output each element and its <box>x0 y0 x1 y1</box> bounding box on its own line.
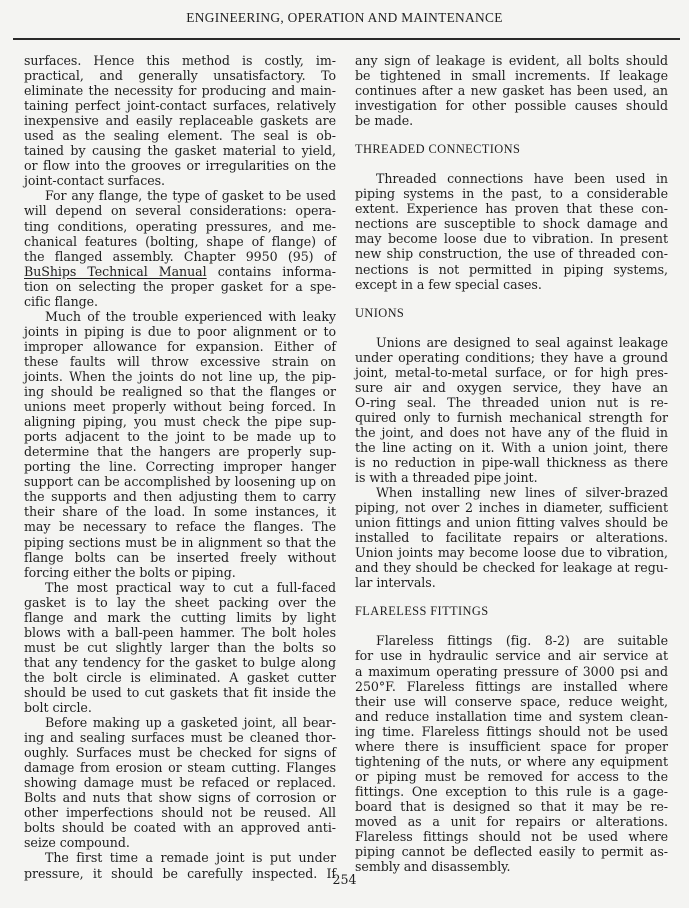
running-header: ENGINEERING, OPERATION AND MAINTENANCE <box>0 10 689 26</box>
text-line: that any tendency for the gasket to bulg… <box>24 655 336 670</box>
text-line: flange and mark the cutting limits by li… <box>24 610 336 625</box>
text-line: any sign of leakage is evident, all bolt… <box>355 53 668 68</box>
text-line: may become loose due to vibration. In pr… <box>355 231 668 246</box>
text-line: will depend on several considerations: o… <box>24 203 336 218</box>
text-line: practical, and generally unsatisfactory.… <box>24 68 336 83</box>
text-line: chanical features (bolting, shape of fla… <box>24 234 336 249</box>
text-line: inexpensive and easily replaceable gaske… <box>24 113 336 128</box>
text-line: unions meet properly without being force… <box>24 399 336 414</box>
text-line: tion on selecting the proper gasket for … <box>24 279 336 294</box>
text-line: installed to facilitate repairs or alter… <box>355 530 668 545</box>
text-line: surfaces. Hence this method is costly, i… <box>24 53 336 68</box>
paragraph-leakage: any sign of leakage is evident, all bolt… <box>355 53 668 128</box>
text-fragment: contains informa- <box>207 264 336 279</box>
text-line: nections are susceptible to shock damage… <box>355 216 668 231</box>
text-line: their share of the load. In some instanc… <box>24 504 336 519</box>
text-line: lar intervals. <box>355 575 668 590</box>
text-line: is no reduction in pipe-wall thickness a… <box>355 455 668 470</box>
text-line: be tightened in small increments. If lea… <box>355 68 668 83</box>
text-line: these faults will throw excessive strain… <box>24 354 336 369</box>
section-heading-flareless-fittings: FLARELESS FITTINGS <box>355 604 668 619</box>
paragraph-flareless: Flareless fittings (fig. 8-2) are suitab… <box>355 633 668 874</box>
text-line: For any flange, the type of gasket to be… <box>24 188 336 203</box>
text-line: showing damage must be refaced or replac… <box>24 775 336 790</box>
text-line: cific flange. <box>24 294 336 309</box>
text-line: be made. <box>355 113 668 128</box>
text-line: aligning piping, you must check the pipe… <box>24 414 336 429</box>
left-column: surfaces. Hence this method is costly, i… <box>24 53 336 881</box>
text-line: quired only to furnish mechanical streng… <box>355 410 668 425</box>
paragraph-unions-1: Unions are designed to seal against leak… <box>355 335 668 485</box>
text-line: Unions are designed to seal against leak… <box>355 335 668 350</box>
paragraph-alignment: Much of the trouble experienced with lea… <box>24 309 336 580</box>
text-line: Flareless fittings (fig. 8-2) are suitab… <box>355 633 668 648</box>
text-line: piping, not over 2 inches in diameter, s… <box>355 500 668 515</box>
text-line: bolt circle. <box>24 700 336 715</box>
text-line: joint-contact surfaces. <box>24 173 336 188</box>
text-line: or piping must be removed for access to … <box>355 769 668 784</box>
text-line: joints in piping is due to poor alignmen… <box>24 324 336 339</box>
text-line: or flow into the grooves or irregulariti… <box>24 158 336 173</box>
text-line: eliminate the necessity for producing an… <box>24 83 336 98</box>
text-line: continues after a new gasket has been us… <box>355 83 668 98</box>
text-line: a maximum operating pressure of 3000 psi… <box>355 664 668 679</box>
text-line: tightening of the nuts, or where any equ… <box>355 754 668 769</box>
text-line: the joint, and does not have any of the … <box>355 425 668 440</box>
text-line: and they should be checked for leakage a… <box>355 560 668 575</box>
text-line: other imperfections should not be reused… <box>24 805 336 820</box>
text-line: Before making up a gasketed joint, all b… <box>24 715 336 730</box>
text-line: the bolt circle is eliminated. A gasket … <box>24 670 336 685</box>
text-line: tained by causing the gasket material to… <box>24 143 336 158</box>
text-line: must be cut slightly larger than the bol… <box>24 640 336 655</box>
text-line: oughly. Surfaces must be checked for sig… <box>24 745 336 760</box>
text-line: ting conditions, operating pressures, an… <box>24 219 336 234</box>
text-line: new ship construction, the use of thread… <box>355 246 668 261</box>
text-line: damage from erosion or steam cutting. Fl… <box>24 760 336 775</box>
page-number: 254 <box>0 872 689 887</box>
text-line: Bolts and nuts that show signs of corros… <box>24 790 336 805</box>
paragraph-cutting-gasket: The most practical way to cut a full-fac… <box>24 580 336 715</box>
text-line: Union joints may become loose due to vib… <box>355 545 668 560</box>
text-line: When installing new lines of silver-braz… <box>355 485 668 500</box>
text-line: 250°F. Flareless fittings are installed … <box>355 679 668 694</box>
text-line: ing should be realigned so that the flan… <box>24 384 336 399</box>
text-line: the line acting on it. With a union join… <box>355 440 668 455</box>
text-line: determine that the hangers are properly … <box>24 444 336 459</box>
text-line: used as the sealing element. The seal is… <box>24 128 336 143</box>
text-line: piping systems in the past, to a conside… <box>355 186 668 201</box>
text-line: where there is insufficient space for pr… <box>355 739 668 754</box>
text-line: The most practical way to cut a full-fac… <box>24 580 336 595</box>
text-line: flange bolts can be inserted freely with… <box>24 550 336 565</box>
text-line: ing time. Flareless fittings should not … <box>355 724 668 739</box>
text-line: is with a threaded pipe joint. <box>355 470 668 485</box>
text-line: fittings. One exception to this rule is … <box>355 784 668 799</box>
text-line: taining perfect joint-contact surfaces, … <box>24 98 336 113</box>
text-line: under operating conditions; they have a … <box>355 350 668 365</box>
section-heading-unions: UNIONS <box>355 306 668 321</box>
manual-reference: BuShips Technical Manual <box>24 264 207 279</box>
text-line: investigation for other possible causes … <box>355 98 668 113</box>
text-line: O-ring seal. The threaded union nut is r… <box>355 395 668 410</box>
text-line: BuShips Technical Manual contains inform… <box>24 264 336 279</box>
text-line: bolts should be coated with an approved … <box>24 820 336 835</box>
text-line: may be necessary to reface the flanges. … <box>24 519 336 534</box>
text-line: seize compound. <box>24 835 336 850</box>
text-line: gasket is to lay the sheet packing over … <box>24 595 336 610</box>
text-line: Threaded connections have been used in <box>355 171 668 186</box>
text-line: the flanged assembly. Chapter 9950 (95) … <box>24 249 336 264</box>
right-column: any sign of leakage is evident, all bolt… <box>355 53 668 874</box>
paragraph-preparation: Before making up a gasketed joint, all b… <box>24 715 336 850</box>
text-line: Flareless fittings should not be used wh… <box>355 829 668 844</box>
text-line: piping cannot be deflected easily to per… <box>355 844 668 859</box>
text-line: sure air and oxygen service, they have a… <box>355 380 668 395</box>
text-line: forcing either the bolts or piping. <box>24 565 336 580</box>
paragraph-surfaces: surfaces. Hence this method is costly, i… <box>24 53 336 188</box>
text-line: should be used to cut gaskets that fit i… <box>24 685 336 700</box>
text-line: extent. Experience has proven that these… <box>355 201 668 216</box>
header-rule <box>13 38 680 40</box>
text-line: their use will conserve space, reduce we… <box>355 694 668 709</box>
text-line: Much of the trouble experienced with lea… <box>24 309 336 324</box>
text-line: ing and sealing surfaces must be cleaned… <box>24 730 336 745</box>
paragraph-threaded: Threaded connections have been used in p… <box>355 171 668 291</box>
paragraph-unions-2: When installing new lines of silver-braz… <box>355 485 668 590</box>
text-line: for use in hydraulic service and air ser… <box>355 648 668 663</box>
text-line: and reduce installation time and system … <box>355 709 668 724</box>
text-line: union fittings and union fitting valves … <box>355 515 668 530</box>
text-line: The first time a remade joint is put und… <box>24 850 336 865</box>
text-line: nections is not permitted in piping syst… <box>355 262 668 277</box>
text-line: moved as a unit for repairs or alteratio… <box>355 814 668 829</box>
text-line: support can be accomplished by loosening… <box>24 474 336 489</box>
text-line: improper allowance for expansion. Either… <box>24 339 336 354</box>
text-line: ports adjacent to the joint to be made u… <box>24 429 336 444</box>
text-line: blows with a ball-peen hammer. The bolt … <box>24 625 336 640</box>
section-heading-threaded-connections: THREADED CONNECTIONS <box>355 142 668 157</box>
text-line: joints. When the joints do not line up, … <box>24 369 336 384</box>
text-line: joint, metal-to-metal surface, or for hi… <box>355 365 668 380</box>
text-line: piping sections must be in alignment so … <box>24 535 336 550</box>
text-line: the supports and then adjusting them to … <box>24 489 336 504</box>
text-line: except in a few special cases. <box>355 277 668 292</box>
paragraph-gasket-type: For any flange, the type of gasket to be… <box>24 188 336 308</box>
text-line: board that is designed so that it may be… <box>355 799 668 814</box>
text-line: porting the line. Correcting improper ha… <box>24 459 336 474</box>
